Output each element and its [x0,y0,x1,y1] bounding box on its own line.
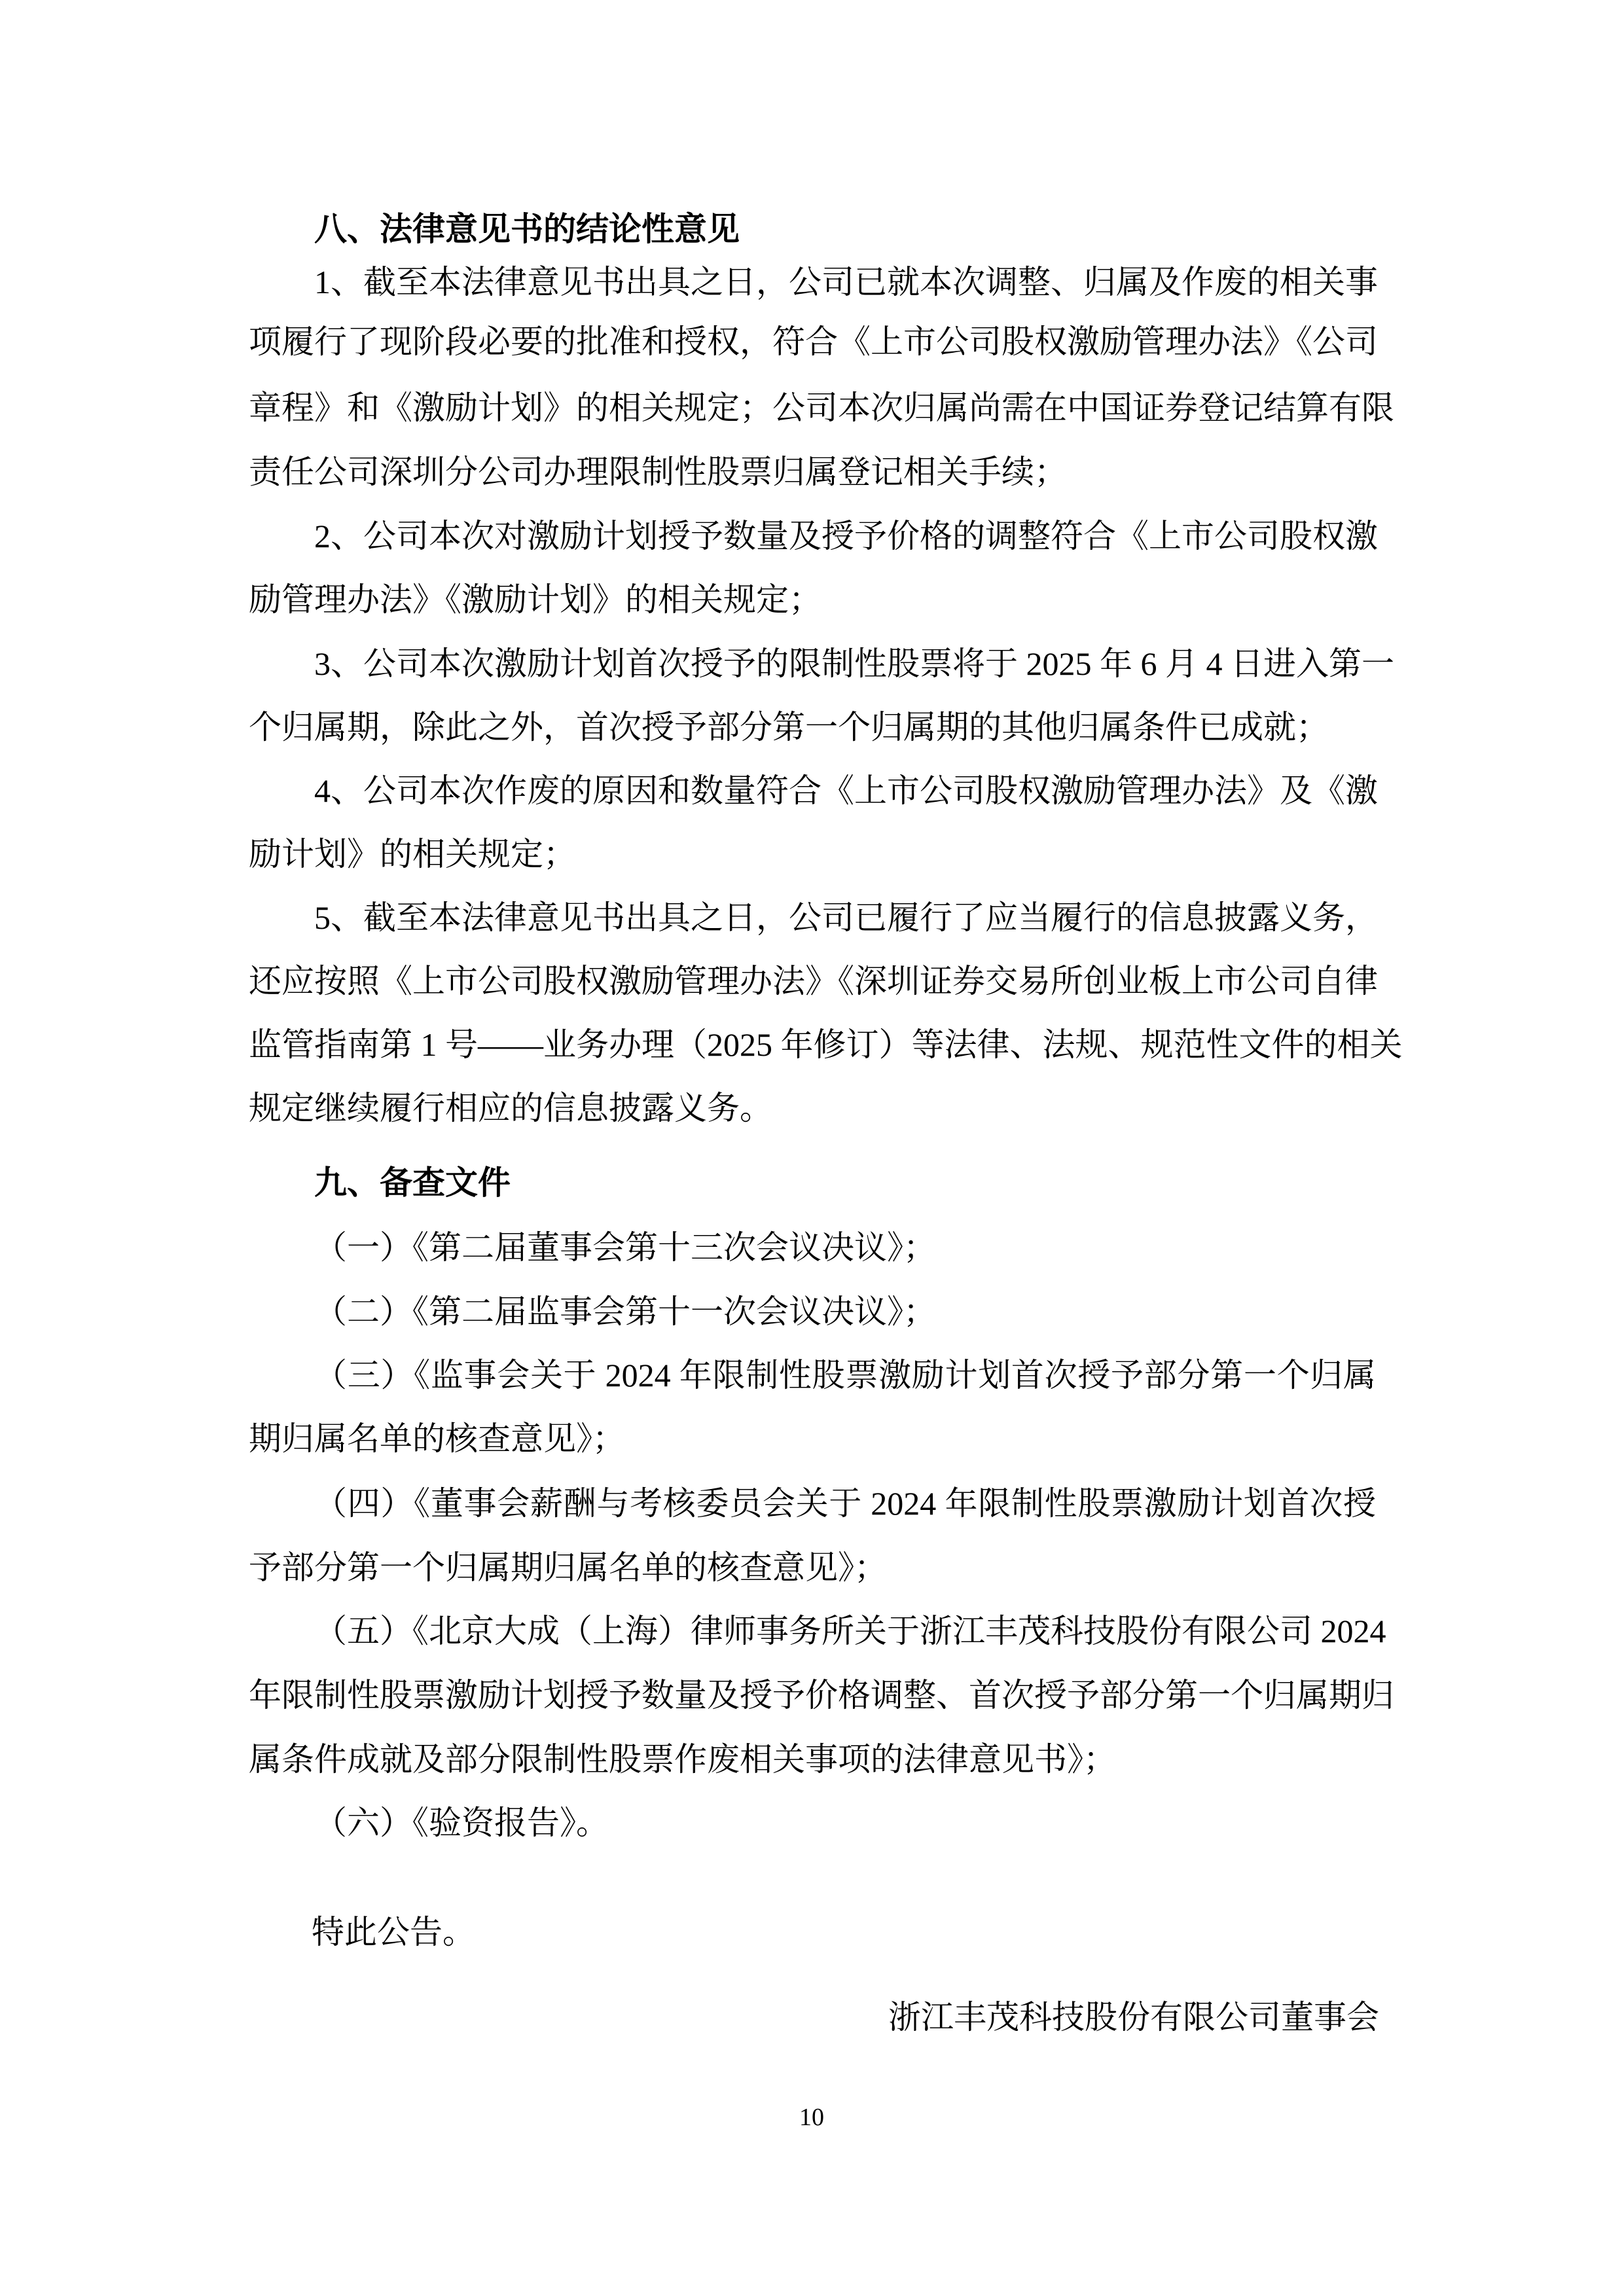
reference-document-item: （三）《监事会关于 2024 年限制性股票激励计划首次授予部分第一个归属 [314,1355,1376,1395]
page-number: 10 [746,2104,877,2130]
paragraph-line: 规定继续履行相应的信息披露义务。 [249,1088,1376,1128]
paragraph-line: 5、截至本法律意见书出具之日，公司已履行了应当履行的信息披露义务， [314,898,1376,937]
reference-document-item: （一）《第二届董事会第十三次会议决议》； [314,1228,1376,1267]
paragraph-line: 属条件成就及部分限制性股票作废相关事项的法律意见书》； [249,1740,1376,1779]
paragraph-line: 责任公司深圳分公司办理限制性股票归属登记相关手续； [249,452,1376,492]
document-page: 八、法律意见书的结论性意见 1、截至本法律意见书出具之日，公司已就本次调整、归属… [0,0,1624,2296]
reference-document-item: （二）《第二届监事会第十一次会议决议》； [314,1292,1376,1331]
paragraph-line: 2、公司本次对激励计划授予数量及授予价格的调整符合《上市公司股权激 [314,516,1376,556]
reference-document-item: （五）《北京大成（上海）律师事务所关于浙江丰茂科技股份有限公司 2024 [314,1611,1376,1651]
paragraph-line: 个归属期，除此之外，首次授予部分第一个归属期的其他归属条件已成就； [249,708,1376,747]
reference-document-item: （六）《验资报告》。 [314,1803,1376,1842]
paragraph-line: 4、公司本次作废的原因和数量符合《上市公司股权激励管理办法》及《激 [314,771,1376,810]
section-8-heading: 八、法律意见书的结论性意见 [314,209,1376,249]
paragraph-line: 年限制性股票激励计划授予数量及授予价格调整、首次授予部分第一个归属期归 [249,1676,1376,1715]
paragraph-line: 3、公司本次激励计划首次授予的限制性股票将于 2025 年 6 月 4 日进入第… [314,644,1376,683]
paragraph-line: 予部分第一个归属期归属名单的核查意见》； [249,1548,1376,1587]
reference-document-item: （四）《董事会薪酬与考核委员会关于 2024 年限制性股票激励计划首次授 [314,1484,1376,1523]
paragraph-line: 还应按照《上市公司股权激励管理办法》《深圳证券交易所创业板上市公司自律 [249,961,1376,1001]
section-9-heading: 九、备查文件 [314,1163,1376,1202]
paragraph-line: 1、截至本法律意见书出具之日，公司已就本次调整、归属及作废的相关事 [314,262,1376,302]
paragraph-line: 励管理办法》《激励计划》的相关规定； [249,580,1376,619]
paragraph-line: 励计划》的相关规定； [249,834,1376,874]
closing-statement: 特此公告。 [312,1912,1439,1952]
paragraph-line: 章程》和《激励计划》的相关规定；公司本次归属尚需在中国证券登记结算有限 [249,388,1376,427]
signature: 浙江丰茂科技股份有限公司董事会 [888,1998,1377,2037]
paragraph-line: 期归属名单的核查意见》； [249,1419,1376,1458]
paragraph-line: 项履行了现阶段必要的批准和授权，符合《上市公司股权激励管理办法》《公司 [249,322,1376,361]
paragraph-line: 监管指南第 1 号——业务办理（2025 年修订）等法律、法规、规范性文件的相关 [249,1025,1376,1064]
